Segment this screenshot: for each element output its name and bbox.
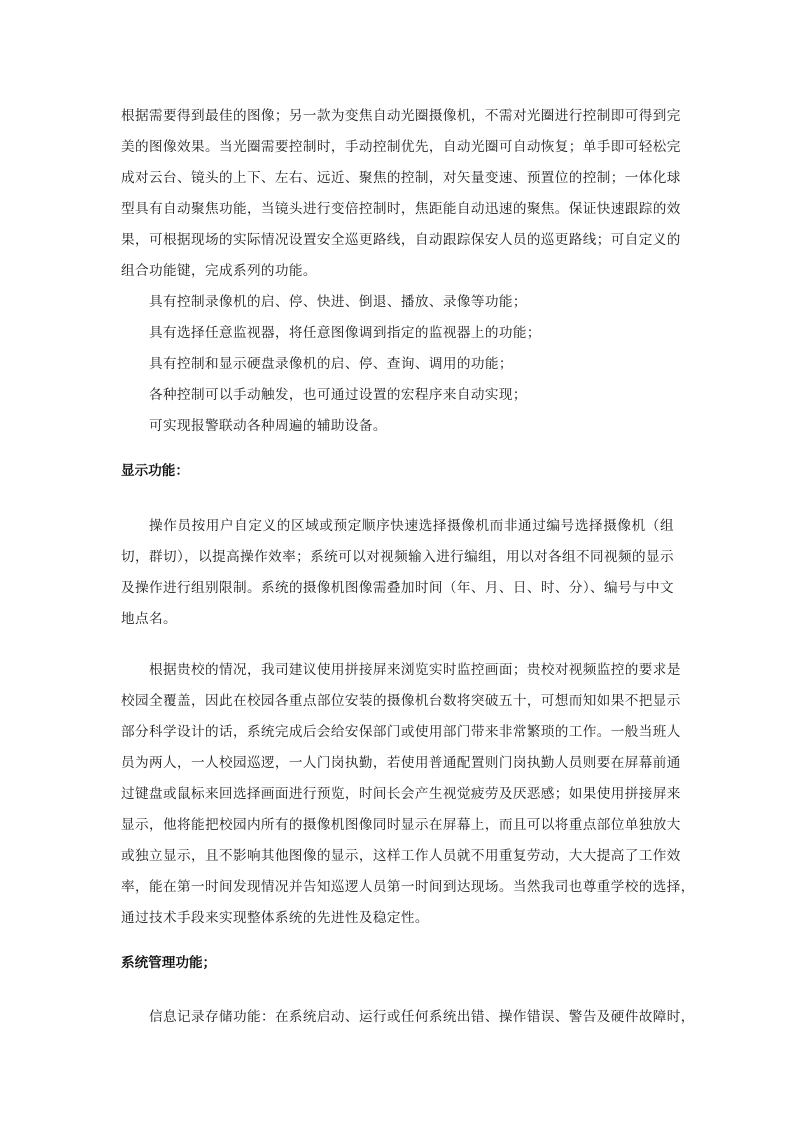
text-line: 或独立显示，且不影响其他图像的显示，这样工作人员就不用重复劳动，大大提高了工作效 xyxy=(121,846,674,866)
text-line: 切，群切），以提高操作效率；系统可以对视频输入进行编组，用以对各组不同视频的显示 xyxy=(121,547,674,567)
list-item: 可实现报警联动各种周遍的辅助设备。 xyxy=(149,416,674,436)
text-line: 果，可根据现场的实际情况设置安全巡更路线，自动跟踪保安人员的巡更路线；可自定义的 xyxy=(121,230,674,250)
text-line: 根据需要得到最佳的图像；另一款为变焦自动光圈摄像机，不需对光圈进行控制即可得到完 xyxy=(121,106,674,126)
text-line: 过键盘或鼠标来回选择画面进行预览，时间长会产生视觉疲劳及厌恶感；如果使用拼接屏来 xyxy=(121,784,674,804)
text-line: 部分科学设计的话，系统完成后会给安保部门或使用部门带来非常繁琐的工作。一般当班人 xyxy=(121,722,674,742)
text-line: 及操作进行组别限制。系统的摄像机图像需叠加时间（年、月、日、时、分）、编号与中文 xyxy=(121,578,674,598)
section-heading-system-management: 系统管理功能； xyxy=(121,953,216,973)
text-line: 校园全覆盖，因此在校园各重点部位安装的摄像机台数将突破五十，可想而知如果不把显示 xyxy=(121,691,674,711)
list-item: 具有选择任意监视器，将任意图像调到指定的监视器上的功能； xyxy=(149,323,674,343)
list-item: 具有控制录像机的启、停、快进、倒退、播放、录像等功能； xyxy=(149,292,674,312)
text-line: 通过技术手段来实现整体系统的先进性及稳定性。 xyxy=(121,908,674,928)
text-line: 率，能在第一时间发现情况并告知巡逻人员第一时间到达现场。当然我司也尊重学校的选择… xyxy=(121,877,674,897)
list-item: 各种控制可以手动触发，也可通过设置的宏程序来自动实现； xyxy=(149,385,674,405)
text-line: 地点名。 xyxy=(121,609,674,629)
text-line: 信息记录存储功能：在系统启动、运行或任何系统出错、操作错误、警告及硬件故障时， xyxy=(149,1007,674,1027)
text-line: 组合功能键，完成系列的功能。 xyxy=(121,261,674,281)
text-line: 根据贵校的情况，我司建议使用拼接屏来浏览实时监控画面；贵校对视频监控的要求是 xyxy=(149,660,674,680)
text-line: 操作员按用户自定义的区域或预定顺序快速选择摄像机而非通过编号选择摄像机（组 xyxy=(149,516,674,536)
text-line: 成对云台、镜头的上下、左右、远近、聚焦的控制，对矢量变速、预置位的控制；一体化球 xyxy=(121,168,674,188)
list-item: 具有控制和显示硬盘录像机的启、停、查询、调用的功能； xyxy=(149,354,674,374)
text-line: 美的图像效果。当光圈需要控制时，手动控制优先，自动光圈可自动恢复；单手即可轻松完 xyxy=(121,137,674,157)
section-heading-display: 显示功能： xyxy=(121,461,189,481)
text-line: 显示，他将能把校园内所有的摄像机图像同时显示在屏幕上，而且可以将重点部位单独放大 xyxy=(121,815,674,835)
text-line: 型具有自动聚焦功能，当镜头进行变倍控制时，焦距能自动迅速的聚焦。保证快速跟踪的效 xyxy=(121,199,674,219)
text-line: 员为两人，一人校园巡逻，一人门岗执勤，若使用普通配置则门岗执勤人员则要在屏幕前通 xyxy=(121,753,674,773)
